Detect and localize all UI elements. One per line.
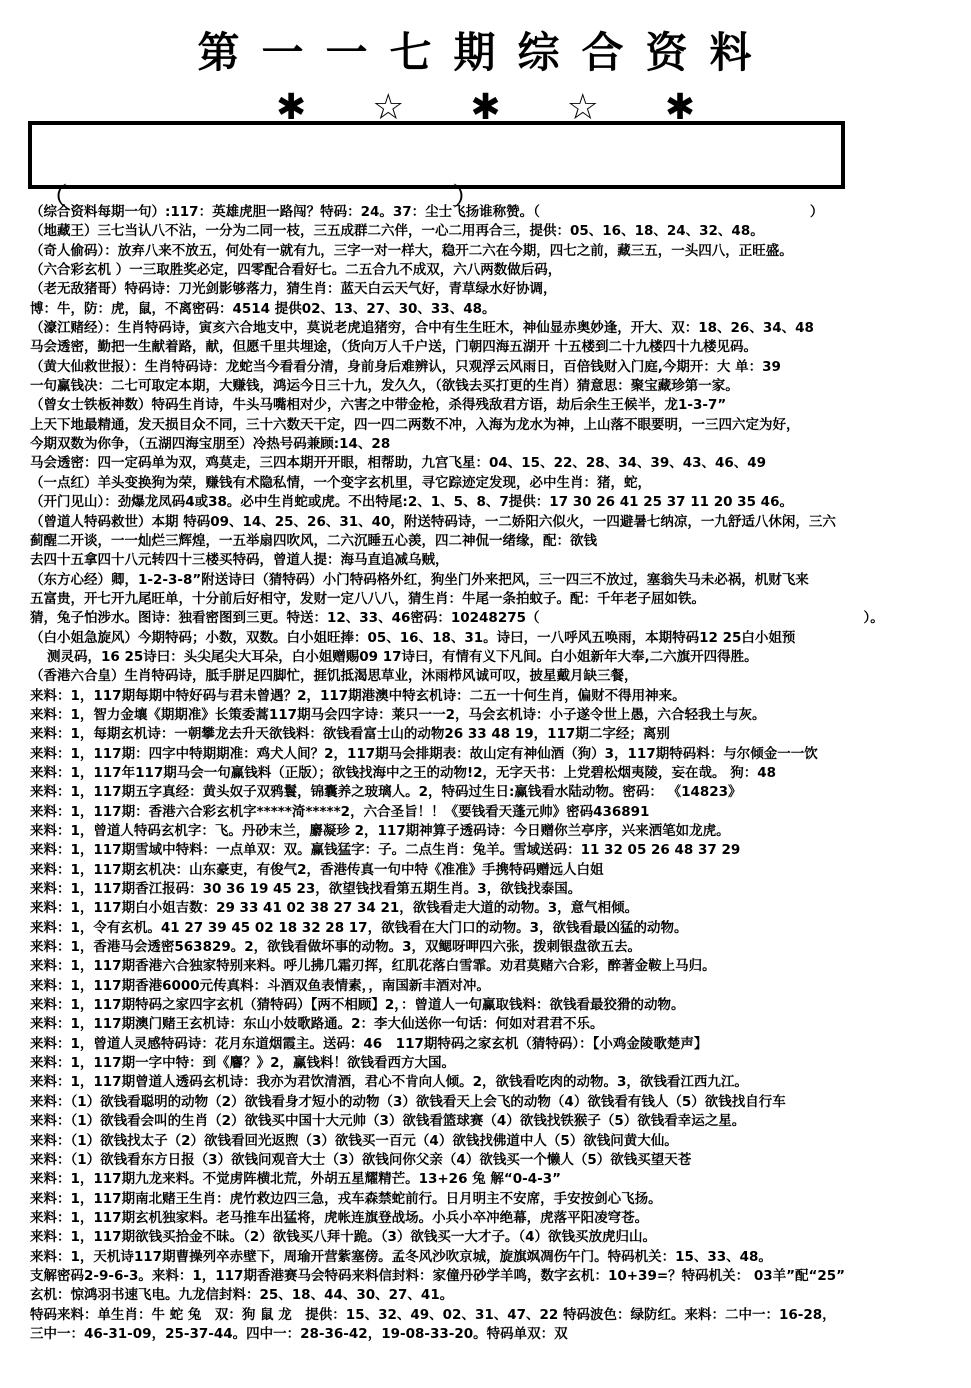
text-line: 来料：1，117期雪域中特料：一点单双：双。赢钱猛字：子。二点生肖：兔羊。雪域送…: [30, 841, 967, 860]
text-line: （濠江赌经）：生肖特码诗，寅亥六合地支中，莫说老虎追猪穷，合中有生生旺木，神仙显…: [30, 319, 967, 338]
text-line: （香港六合皇）生肖特码诗，胝手胼足四脚忙，捱饥抵渴思草业，沐雨栉风诚可叹，披星戴…: [30, 667, 967, 686]
text-line: （地藏王）三七当认八不沾，一分为二同一枝，三五成群二六伴，一心二用再合三，提供：…: [30, 222, 967, 241]
text-line: （曾女士铁板神数）特码生肖诗，牛头马嘴相对少，六害之中带金枪，杀得残敌君方语，劫…: [30, 396, 967, 415]
text-line: 来料：（1）欲钱找太子（2）欲钱看回光返煦（3）欲钱买一百元（4）欲钱找佛道中人…: [30, 1132, 967, 1151]
body-text: （综合资料每期一句）:117：英雄虎胆一路闯？特码：24。37：尘士飞扬谁称赞。…: [30, 203, 967, 1344]
text-line: 来料：1，天机诗117期曹操列卒赤壁下，周瑜开营紫塞傍。孟冬风沙吹京城，旋旗飒凋…: [30, 1248, 967, 1267]
text-line: （一点红）羊头变换狗为荣，赚钱有术隐私情，一个变字玄机里，寻它踪迹定发现，必中生…: [30, 474, 967, 493]
text-line: （东方心经）卿，1-2-3-8”附送诗曰（猜特码）小门特码格外红，狗坐门外来把风…: [30, 571, 967, 590]
text-line: 马会透密，勤把一生献着路，献，但愿千里共埋途，（货向万人千户送，门朝四海五湖开 …: [30, 338, 967, 357]
text-line: 来料：1，117期曾道人透码玄机诗：我亦为君饮清酒，君心不肯向人倾。2，欲钱看吃…: [30, 1073, 967, 1092]
text-line: 来料：1，每期玄机诗：一朝攀龙去升天欲钱料：欲钱看富士山的动物26 33 48 …: [30, 725, 967, 744]
text-line: （开门见山）：劲爆龙凤码4或38。必中生肖蛇或虎。不出特尾:2、1、5、8、7提…: [30, 493, 967, 512]
text-line: （奇人偷码）：放弃八来不放五，何处有一就有九，三字一对一样大，稳开二六在今期，四…: [30, 242, 967, 261]
text-line: 来料：1，117期澳门赌王玄机诗：东山小妓歌路通。2：李大仙送你一句话：何如对君…: [30, 1015, 967, 1034]
text-line: 马会透密：四一定码单为双，鸡莫走，三四本期开开眼，相帮助，九宫飞星：04、15、…: [30, 454, 967, 473]
text-line: 来料：1，117期特码之家四字玄机（猜特码）【两不相顾】2，：曾道人一句赢取钱料…: [30, 996, 967, 1015]
text-line: 来料：1，117期香港六合独家特别来料。呼儿拂几霜刃挥，红肌花落白雪霏。劝君莫赌…: [30, 957, 967, 976]
text-line: （黄大仙救世报）：生肖特码诗：龙蛇当今看看分清，身前身后难辨认，只观浮云风雨日，…: [30, 358, 967, 377]
text-line: 蓟醒二开谈，一一灿烂三辉煌，一五举扇四吹风，二六沉睡五心羡，四二神侃一绪缘，配：…: [30, 532, 967, 551]
text-line: （白小姐急旋风）今期特码；小数，双数。白小姐旺捧：05、16、18、31。诗曰，…: [30, 629, 967, 648]
text-line: 来料：1，117期五字真经：黄头奴子双鸦鬟，锦囊养之玻璃人。2，特码过生日:赢钱…: [30, 783, 967, 802]
text-line: 去四十五拿四十八元转四十三楼买特码，曾道人提：海马直追减乌贼，: [30, 551, 967, 570]
text-line: 来料：1，智力金壤《期期准》长策委蒿117期马会四字诗：莱只一一2，马会玄机诗：…: [30, 706, 967, 725]
text-line: 来料：1，曾道人灵感特码诗：花月东道烟霞主。送码：46 117期特码之家玄机（猜…: [30, 1035, 967, 1054]
text-line: 博：牛，防：虎，鼠，不离密码：4514 提供02、13、27、30、33、48。: [30, 300, 967, 319]
text-line: 特码来料：单生肖：牛 蛇 兔 双：狗 鼠 龙 提供：15、32、49、02、31…: [30, 1306, 967, 1325]
text-line: 一句赢钱决：二七可取定本期，大赚钱，鸿运今日三十九，发久久，（欲钱去买打更的生肖…: [30, 377, 967, 396]
text-line: 来料：1，117期南北赌王生肖：虎竹救边四三急，戎车森禁蛇前行。日月明主不安席，…: [30, 1190, 967, 1209]
text-line: 来料：1，117期欲钱买拾金不昧。（2）欲钱买八拜十跪。（3）欲钱买一大才子。（…: [30, 1228, 967, 1247]
text-line: 来料：（1）欲钱看会叫的生肖（2）欲钱买中国十大元帅（3）欲钱看篮球赛（4）欲钱…: [30, 1112, 967, 1131]
text-line: 来料：1，117期：四字中特期期准：鸡犬人间？2，117期马会排期表：故山定有神…: [30, 745, 967, 764]
text-line: 上天下地最精通，发天损目众不同，三十六数天干定，四一四二两数不冲，入海为龙水为神…: [30, 416, 967, 435]
text-line: 来料：1，117期：香港六合彩玄机字*****渏*****2，六合圣旨！！《要钱…: [30, 803, 967, 822]
text-line: 来料：1，117期每期中特好码与君未曾遇？2，117期港澳中特玄机诗：二五一十何…: [30, 687, 967, 706]
text-line: 来料：1，117期白小姐吉数：29 33 41 02 38 27 34 21，欲…: [30, 899, 967, 918]
text-line: 来料：1，117期玄机独家料。老马推车出猛将，虎帐连旗登战场。小兵小卒冲绝幕，虎…: [30, 1209, 967, 1228]
text-line: 来料：1，117年117期马会一句赢钱料（正版）；欲钱找海中之王的动物!2，无字…: [30, 764, 967, 783]
text-line: 来料：1，117期香港6000元传真料：斗酒双鱼表情素，，南国新丰酒对冲。: [30, 977, 967, 996]
text-line: （曾道人特码救世）本期 特码09、14、25、26、31、40，附送特码诗，一二…: [30, 513, 967, 532]
text-line: 来料：（1）欲钱看聪明的动物（2）欲钱看身才短小的动物（3）欲钱看天上会飞的动物…: [30, 1093, 967, 1112]
text-line: 支解密码2-9-6-3。来料：1，117期香港赛马会特码来料信封料：家僮丹砂学羊…: [30, 1267, 967, 1286]
text-line: 来料：1，令有玄机。41 27 39 45 02 18 32 28 17，欲钱看…: [30, 919, 967, 938]
text-line: 今期双数为你争，（五湖四海宝朋至）冷热号码兼顾:14、28: [30, 435, 967, 454]
text-line: 来料：1，曾道人特码玄机字：飞。丹砂末兰，麝凝珍 2，117期神算子透码诗：今日…: [30, 822, 967, 841]
text-line: 猜，兔子怕涉水。图诗：独看密图到三更。特送：12、33、46密码：1024827…: [30, 609, 967, 628]
text-line: 来料：1，117期九龙来料。不觉虏阵横北荒，外胡五星耀精芒。13+26 兔 解“…: [30, 1170, 967, 1189]
text-line: 来料：1，117期香江报码：30 36 19 45 23，欲望钱找看第五期生肖。…: [30, 880, 967, 899]
text-line: 五富贵，开七开九尾旺单，十分前后好相守，发财一定八八八，猜生肖：牛尾一条拍蚊子。…: [30, 590, 967, 609]
page-title: 第一一七期综合资料: [0, 0, 971, 80]
text-line: 来料：1，香港马会透密563829。2，欲钱看做坏事的动物。3，双鳃呀呷四六张，…: [30, 938, 967, 957]
text-line: 来料：（1）欲钱看东方日报（3）欲钱问观音大士（3）欲钱问你父亲（4）欲钱买一个…: [30, 1151, 967, 1170]
text-line: 来料：1，117期玄机决：山东豪吏，有俊气2，香港传真一句中特《准准》手携特码赠…: [30, 861, 967, 880]
text-line: 玄机：惊鸿羽书速飞电。九龙信封料：25、18、44、30、27、41。: [30, 1286, 967, 1305]
text-line: 三中一：46-31-09，25-37-44。四中一：28-36-42，19-08…: [30, 1325, 967, 1344]
notice-box: [28, 121, 845, 189]
text-line: （综合资料每期一句）:117：英雄虎胆一路闯？特码：24。37：尘士飞扬谁称赞。…: [30, 203, 967, 222]
text-line: （六合彩玄机 ）一三取胜奖必定，四零配合看好七。二五合九不成双，六八两数做后码，: [30, 261, 967, 280]
decoration-symbols-row: ✱ ☆ ✱ ☆ ✱: [0, 86, 971, 126]
text-line: 测灵码，16 25诗曰：头尖尾尖大耳朵，白小姐赠赐09 17诗曰，有情有义下凡间…: [30, 648, 967, 667]
lottery-info-sheet: 第一一七期综合资料 ✱ ☆ ✱ ☆ ✱ （ ） （综合资料每期一句）:117：英…: [0, 0, 971, 1388]
text-line: （老无敌猪哥）特码诗：刀光剑影够落力，猜生肖：蓝天白云天气好，青草绿水好协调，: [30, 280, 967, 299]
text-line: 来料：1，117期一字中特：到《麘？》2，赢钱料！欲钱看西方大国。: [30, 1054, 967, 1073]
